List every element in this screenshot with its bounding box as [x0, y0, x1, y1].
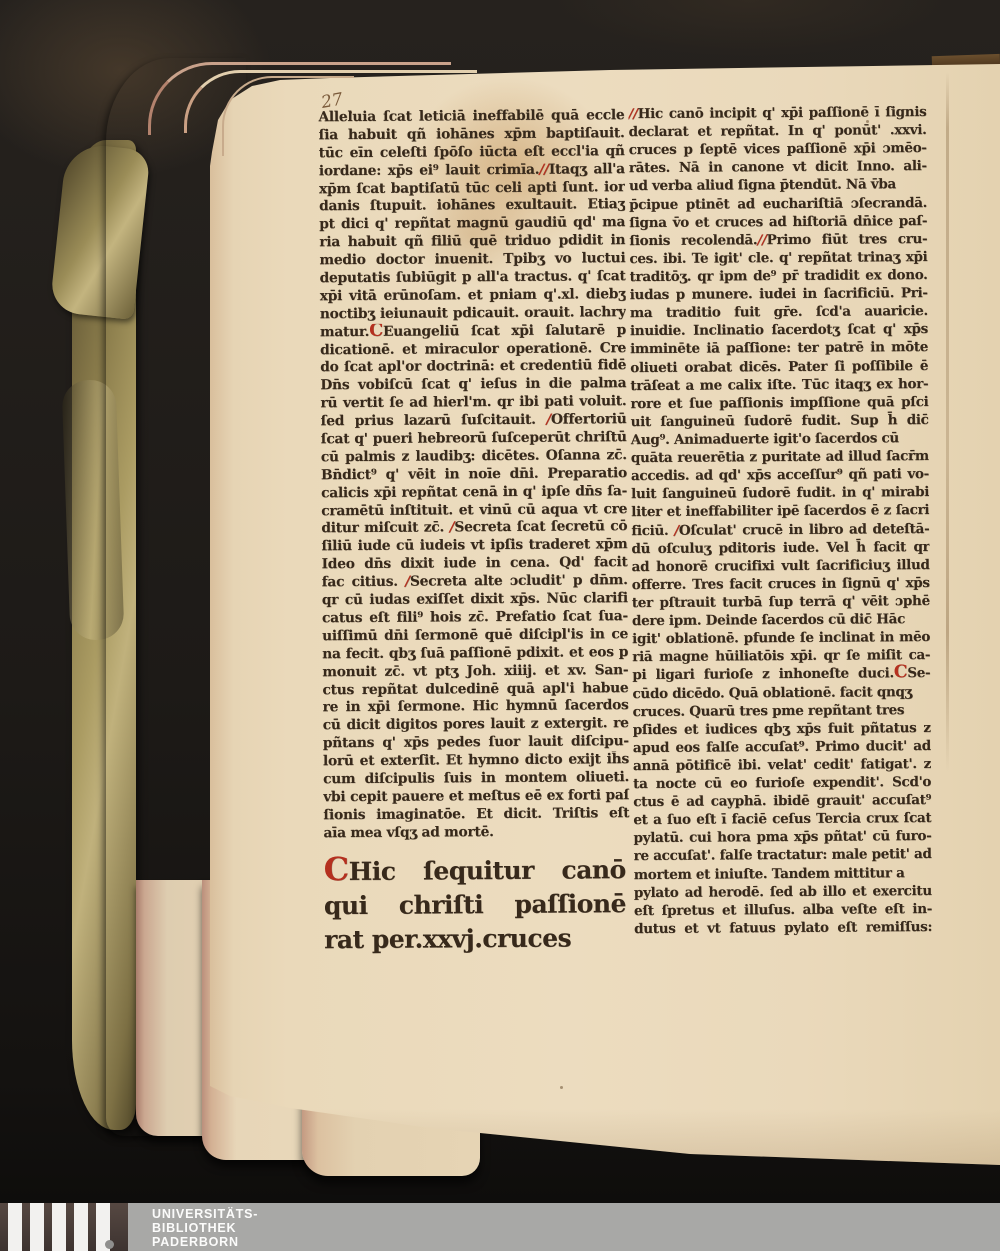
text-column-left: Alleluia ſcat leticiā ineffabilē quā ecc…: [318, 107, 629, 843]
rubrication-mark: C: [324, 853, 349, 888]
text-line: qui chriſti paſſionē decla-: [324, 887, 626, 923]
text-line: lorū et exterſit. Et hymno dicto exijt i…: [323, 751, 629, 771]
text-line: ctus ē ad cayphā. ibidē grauit' accuſat⁹: [633, 791, 931, 811]
digitized-book-photo: { "colors": { "background": "#1d1a17", "…: [0, 0, 1000, 1251]
text-line: pñtans q' xp̄s pedes ſuor lauit diſcipu-: [323, 733, 629, 753]
text-line: pſides et iudices qbʒ xp̄s fuit pñtatus …: [633, 719, 931, 739]
text-line: na fecit. qbʒ ſuā paſſionē pdixit. et eo…: [322, 644, 628, 664]
text-line: cum diſcipulis ſuis in montem oliueti.: [323, 769, 629, 789]
text-line: ſcat q' pueri hebreorū ſuſceperūt chriſt…: [321, 429, 627, 449]
text-line: imminēte iā paſſione: ter patrē in mōte: [630, 338, 928, 358]
watermark-line: BIBLIOTHEK: [152, 1221, 258, 1235]
text-line: ſionis recolendā.∕∕Primo fiūt tres cru-: [629, 230, 927, 250]
text-line: calicis xp̄i repñtat cenā in q' ipſe dn̄…: [321, 483, 627, 503]
text-line: CHic ſequitur canō miſſe: [324, 853, 626, 889]
text-line: inuidie. Inclinatio ſacerdotʒ ſcat q' xp…: [630, 320, 928, 340]
rubrication-mark: C: [894, 664, 908, 682]
text-line: vbi cepit pauere et meſtus eē ex forti p…: [323, 787, 629, 807]
text-line: offerre. Tres facit cruces in ſignū q' x…: [632, 574, 930, 594]
text-line: cūdo dicēdo. Quā oblationē. facit qnqʒ: [632, 682, 930, 702]
text-line: rū vertit ſe ad hierl'm. qr ibi pati vol…: [320, 393, 626, 413]
text-line: rore et ſue paſſionis impſſione quā pſci: [630, 393, 928, 413]
text-line: matur.CEuangeliū ſcat xp̄i ſalutarē p: [320, 322, 626, 342]
text-line: noctibʒ ieiunauit pdicauit. orauit. lach…: [320, 304, 626, 324]
text-line: deputatis ſubiūgit p all'a tractus. q' ſ…: [320, 268, 626, 288]
text-line: ctus repñtat dulcedinē quā apl'i habue: [322, 680, 628, 700]
chapter-heading: CHic ſequitur canō miſſequi chriſti paſſ…: [324, 853, 627, 957]
logo-bar-icon: [8, 1203, 22, 1251]
text-line: trāſeat a me calix iſte. Tūc itaqʒ ex ho…: [630, 375, 928, 395]
text-line: luit ſanguineū ſudorē fudit. in q' mirab…: [631, 483, 929, 503]
library-watermark-banner: UNIVERSITÄTS- BIBLIOTHEK PADERBORN: [0, 1203, 1000, 1251]
text-line: ad honorē crucifixi vult ſacrificiuʒ ill…: [632, 556, 930, 576]
text-line: ſiliū iude cū iudeis vt ipſis traderet x…: [321, 536, 627, 556]
text-line: rat per.xxvj.cruces: [324, 921, 626, 957]
text-line: annā pōtificē ibi. velat' cedit' fatigat…: [633, 755, 931, 775]
logo-bar-icon: [52, 1203, 66, 1251]
text-line: igit' oblationē. pfunde ſe inclinat in m…: [632, 628, 930, 648]
text-line: cruces p ſeptē vices paſſionē xp̄i ɔmēo-: [629, 139, 927, 159]
rubrication-mark: ∕: [405, 574, 410, 590]
text-line: declarat et repñtat. In q' ponūt' .xxvi.: [628, 121, 926, 141]
rubrication-mark: C: [369, 322, 383, 341]
text-line: rātes. Nā in canone vt dicit Inno. ali-: [629, 157, 927, 177]
text-line: et a ſuo eſt ī faciē ceſus Tercia crux ſ…: [633, 809, 931, 829]
text-line: ta nocte cū eo furioſe expendit'. Scd'o …: [633, 773, 931, 793]
text-line: aīa mea vſqʒ ad mortē.: [323, 823, 629, 843]
text-line: ud verba aliud ſigna p̄tendūt. Nā v̄ba: [629, 175, 927, 195]
text-line: tūc eīn celeſti ſpōſo iūcta eſt eccl'ia …: [319, 143, 625, 163]
text-line: Alleluia ſcat leticiā ineffabilē quā ecc…: [318, 107, 624, 127]
text-line: ſia habuit qñ iohānes xp̄m baptiſauit.: [319, 125, 625, 145]
text-line: cruces. Quarū tres pme repñtant tres: [633, 701, 931, 721]
logo-bar-icon: [74, 1203, 88, 1251]
text-line: re in xp̄i ſermone. Hic hymnū ſacerdos: [323, 697, 629, 717]
text-line: iordane: xp̄s ei⁹ lauit crimīa.∕∕Itaqʒ a…: [319, 161, 625, 181]
text-line: dicationē. et miraculor operationē. Cre: [320, 340, 626, 360]
text-line: ria habuit qñ filiū quē triduo pdidit in: [319, 232, 625, 252]
text-line: dū oſculuʒ pditoris iude. Vel h̄ facit q…: [631, 538, 929, 558]
text-line: oliueti orabat dicēs. Pater ſi poſſibile…: [630, 357, 928, 377]
text-line: apud eos falſe accuſat⁹. Primo ducit' ad: [633, 737, 931, 757]
text-line: ces. ibi. Te igit' cle. q' repñtat trina…: [629, 248, 927, 268]
text-line: eſt ſpretus et illuſus. alba veſte eſt i…: [634, 900, 932, 920]
text-line: do ſcat apl'or doctrinā: et credentiū fi…: [320, 358, 626, 378]
text-line: quāta reuerētia z puritate ad illud ſacr…: [631, 447, 929, 467]
text-line: ficiū. ∕Oſculat' crucē in libro ad deteſ…: [631, 520, 929, 540]
text-line: re accuſat'. falſe tractatur: male petit…: [634, 845, 932, 865]
text-line: ſigna v̄o et cruces ad hiſtoriā dn̄ice p…: [629, 212, 927, 232]
text-line: pylatū. cui hora pma xp̄s pñtat' cū furo…: [633, 827, 931, 847]
text-line: monuit zc̄. vt ptʒ Joh. xiiij. et xv. Sa…: [322, 662, 628, 682]
text-line: fac citius. ∕Secreta alte ɔcludit' p dn̄…: [322, 572, 628, 592]
text-line: ſed prius lazarū ſuſcitauit. ∕Offertoriū: [321, 411, 627, 431]
text-line: cū dicit digitos pores lauit z extergit.…: [323, 715, 629, 735]
text-line: ditur miſcuit zc̄. ∕Secreta ſcat ſecretū…: [321, 519, 627, 539]
text-line: danis ſtupuit. iohānes exultauit. Etiaʒ: [319, 197, 625, 217]
text-line: xp̄i vitā erūnoſam. et pniam q'.xl. dieb…: [320, 286, 626, 306]
text-line: dere ipm. Deinde ſacerdos cū dic̄ Hāc: [632, 610, 930, 630]
text-line: mortem et iniuſte. Tandem mittitur a: [634, 864, 932, 884]
text-line: p̄cipue ptinēt ad euchariſtiā ɔſecrandā.: [629, 194, 927, 214]
library-logo-icon: [0, 1203, 128, 1251]
text-line: Bn̄dict⁹ q' vēit in noīe dn̄i. Preparati…: [321, 465, 627, 485]
text-line: Ideo dn̄s dixit iude in cena. Qd' facit: [322, 554, 628, 574]
text-line: dutus et vt fatuus pylato eſt remiſſus:: [634, 918, 932, 938]
rubrication-mark: ∕: [450, 520, 455, 536]
text-line: uiſſimū dn̄i ſermonē quē diſcipl'is in c…: [322, 626, 628, 646]
text-line: pylato ad herodē. ſed ab illo et exercit…: [634, 882, 932, 902]
watermark-line: PADERBORN: [152, 1235, 258, 1249]
text-line: liter et ineffabiliter ipē ſacerdos ē z …: [631, 501, 929, 521]
text-line: ma traditio fuit gr̄e. ſcd'a auaricie. t…: [630, 302, 928, 322]
rubrication-mark: ∕: [546, 412, 551, 428]
text-line: ſionis imaginatōe. Et dicit. Triſtis eſt: [323, 805, 629, 825]
text-line: Dn̄s vobiſcū ſcat q' ieſus in die palma: [320, 375, 626, 395]
text-line: catus eſt fili⁹ hois zc̄. Prefatio ſcat …: [322, 608, 628, 628]
rubrication-mark: ∕∕: [628, 106, 637, 122]
text-line: accedis. ad qd' xp̄s acceſſur⁹ qñ pati v…: [631, 465, 929, 485]
logo-bar-icon: [30, 1203, 44, 1251]
logo-dot-icon: [105, 1240, 114, 1249]
rubrication-mark: ∕∕: [757, 232, 766, 248]
text-column-right: ∕∕Hic canō incipit q' xp̄i paſſionē ī ſi…: [628, 103, 932, 938]
text-line: iudas p munere. iudei in ſacrificiū. Pri…: [630, 284, 928, 304]
text-line: qr cū iudas exiſſet dixit xp̄s. Nūc clar…: [322, 590, 628, 610]
text-line: ter pſtrauit turbā ſup terrā q' vēit ɔph…: [632, 592, 930, 612]
rubrication-mark: ∕∕: [539, 161, 549, 177]
text-line: pi ligari furioſe z inhoneſte duci.CSe-: [632, 664, 930, 684]
text-line: cū palmis z laudibʒ: dicētes. Oſanna zc̄…: [321, 447, 627, 467]
watermark-line: UNIVERSITÄTS-: [152, 1207, 258, 1221]
watermark-text: UNIVERSITÄTS- BIBLIOTHEK PADERBORN: [152, 1207, 258, 1250]
text-line: xp̄m ſcat baptiſatū tūc celi apti ſunt. …: [319, 179, 625, 199]
rubrication-mark: ∕: [674, 522, 679, 538]
text-line: Aug⁹. Animaduerte igit'o ſacerdos cū: [631, 429, 929, 449]
printed-text-layer: 27 Alleluia ſcat leticiā ineffabilē quā …: [0, 0, 1000, 1251]
text-line: ∕∕Hic canō incipit q' xp̄i paſſionē ī ſi…: [628, 103, 926, 123]
text-line: riā magne hūiliatōis xp̄i. qr ſe miſit c…: [632, 646, 930, 666]
text-line: traditōʒ. qr ipm de⁹ pr̄ tradidit ex don…: [630, 266, 928, 286]
text-line: medio doctor inuenit. Tpibʒ vo luctui: [319, 250, 625, 270]
text-line: pt dici q' repñtat magnū gaudiū qd' ma: [319, 214, 625, 234]
text-line: uit ſanguineū ſudorē fudit. Sup h̄ dic̄: [631, 411, 929, 431]
text-line: cramētū inſtituit. et vinū cū aqua vt cr…: [321, 501, 627, 521]
